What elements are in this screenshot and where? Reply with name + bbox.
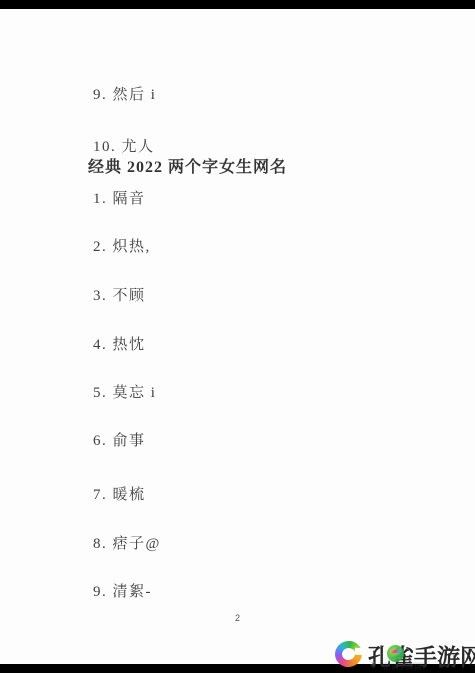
document-page: 9. 然后 i 10. 尤人 经典 2022 两个字女生网名 1. 隔音 2. … xyxy=(0,0,475,673)
list-item: 9. 然后 i xyxy=(93,87,156,103)
list-item: 5. 莫忘 i xyxy=(93,385,156,401)
peacock-swirl-q-icon xyxy=(332,638,365,670)
list-item: 7. 暖梳 xyxy=(93,487,146,503)
site-watermark: 孔雀手游网 × 孔雀手游网 xyxy=(335,633,475,673)
watermark-mark: × xyxy=(371,661,375,668)
page: 9. 然后 i 10. 尤人 经典 2022 两个字女生网名 1. 隔音 2. … xyxy=(0,0,475,673)
list-item: 3. 不顾 xyxy=(93,288,146,304)
section-heading: 经典 2022 两个字女生网名 xyxy=(88,160,287,176)
watermark-caption: 孔雀手游网 xyxy=(381,662,425,670)
list-item: 6. 俞事 xyxy=(93,433,146,449)
list-item: 4. 热忱 xyxy=(93,337,146,353)
list-item: 2. 炽热, xyxy=(93,239,151,255)
watermark-badge-icon xyxy=(387,645,404,662)
list-item: 8. 痞子@ xyxy=(93,536,161,552)
list-item: 10. 尤人 xyxy=(93,139,155,155)
list-item: 9. 清絮- xyxy=(93,584,152,600)
list-item: 1. 隔音 xyxy=(93,191,146,207)
page-number: 2 xyxy=(235,613,240,623)
